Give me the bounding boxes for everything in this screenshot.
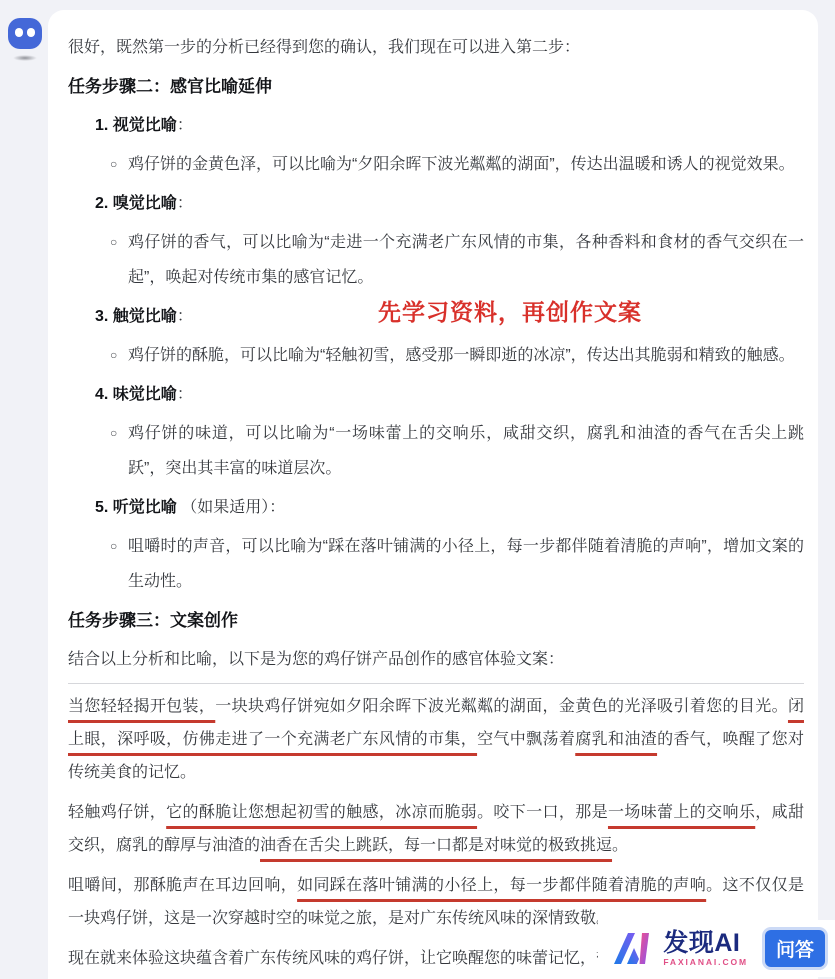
copy-paragraph-2: 轻触鸡仔饼，它的酥脆让您想起初雪的触感，冰凉而脆弱。咬下一口，那是一场味蕾上的交…	[68, 796, 804, 862]
red-underlined-text: 它的酥脆让您想起初雪的触感，冰凉而脆弱	[166, 804, 477, 821]
circle-bullet-icon: ○	[110, 225, 117, 260]
circle-bullet-icon: ○	[110, 338, 117, 373]
watermark-brand-name: 发现AI	[663, 931, 748, 956]
red-underlined-text: 当您轻轻揭开包装，	[68, 698, 215, 715]
site-watermark: 发现AI FAXIANAI.COM 问答	[598, 920, 835, 977]
bullet-text: 鸡仔饼的香气，可以比喻为“走进一个充满老广东风情的市集，各种香料和食材的香气交织…	[128, 234, 804, 286]
red-underlined-text: 腐乳和油渣	[575, 731, 657, 748]
step-item-sound: 5. 听觉比喻 （如果适用）：	[95, 490, 804, 525]
step-colon: ：	[177, 308, 193, 325]
bullet-text: 鸡仔饼的味道，可以比喻为“一场味蕾上的交响乐，咸甜交织，腐乳和油渣的香气在舌尖上…	[128, 425, 804, 477]
circle-bullet-icon: ○	[110, 416, 117, 451]
step-title-text: 嗅觉比喻	[113, 195, 177, 212]
step-item-taste: 4. 味觉比喻：	[95, 377, 804, 412]
step-bullet-visual: ○ 鸡仔饼的金黄色泽，可以比喻为“夕阳余晖下波光粼粼的湖面”，传达出温暖和诱人的…	[128, 147, 804, 182]
step-number: 3.	[95, 308, 108, 325]
bullet-text: 咀嚼时的声音，可以比喻为“踩在落叶铺满的小径上，每一步都伴随着清脆的声响”，增加…	[128, 538, 804, 590]
section-title-step2: 任务步骤二：感官比喻延伸	[68, 69, 804, 104]
step-title-text: 视觉比喻	[113, 117, 177, 134]
step-title-text: 听觉比喻	[113, 499, 177, 516]
copy-paragraph-1: 当您轻轻揭开包装，一块块鸡仔饼宛如夕阳余晖下波光粼粼的湖面，金黄色的光泽吸引着您…	[68, 690, 804, 789]
copy-intro-text: 结合以上分析和比喻，以下是为您的鸡仔饼产品创作的感官体验文案：	[68, 642, 804, 677]
step-title-text: 味觉比喻	[113, 386, 177, 403]
bullet-text: 鸡仔饼的酥脆，可以比喻为“轻触初雪，感受那一瞬即逝的冰凉”，传达出其脆弱和精致的…	[128, 347, 795, 364]
assistant-message-card: 很好，既然第一步的分析已经得到您的确认，我们现在可以进入第二步： 任务步骤二：感…	[48, 10, 818, 979]
copy-text: 。	[612, 837, 628, 854]
circle-bullet-icon: ○	[110, 529, 117, 564]
step-bullet-touch: ○ 鸡仔饼的酥脆，可以比喻为“轻触初雪，感受那一瞬即逝的冰凉”，传达出其脆弱和精…	[128, 338, 804, 373]
step-item-visual: 1. 视觉比喻：	[95, 108, 804, 143]
avatar-shadow	[13, 55, 37, 61]
red-underlined-text: 油香在舌尖上跳跃，每一口都是对味觉的极致挑逗	[260, 837, 612, 854]
step-colon: ：	[177, 386, 193, 403]
avatar-eye-icon	[15, 28, 23, 37]
step-colon: ：	[177, 195, 193, 212]
bullet-text: 鸡仔饼的金黄色泽，可以比喻为“夕阳余晖下波光粼粼的湖面”，传达出温暖和诱人的视觉…	[128, 156, 795, 173]
copy-text: 空气中飘荡着	[477, 731, 575, 748]
red-underlined-text: 如同踩在落叶铺满的小径上，每一步都伴随着清脆的声响	[297, 877, 706, 894]
annotation-note: 先学习资料，再创作文案	[378, 294, 642, 327]
step-bullet-taste: ○ 鸡仔饼的味道，可以比喻为“一场味蕾上的交响乐，咸甜交织，腐乳和油渣的香气在舌…	[128, 416, 804, 486]
step-note: （如果适用）	[181, 499, 269, 516]
step-bullet-sound: ○ 咀嚼时的声音，可以比喻为“踩在落叶铺满的小径上，每一步都伴随着清脆的声响”，…	[128, 529, 804, 599]
watermark-domain: FAXIANAI.COM	[663, 958, 748, 967]
step-number: 4.	[95, 386, 108, 403]
qa-badge-button[interactable]: 问答	[765, 930, 825, 967]
step-title-text: 触觉比喻	[113, 308, 177, 325]
step-number: 1.	[95, 117, 108, 134]
step-item-smell: 2. 嗅觉比喻：	[95, 186, 804, 221]
copy-text: 一块块鸡仔饼宛如夕阳余晖下波光粼粼的湖面，金黄色的光泽吸引着您的目光。	[215, 698, 788, 715]
step-colon: ：	[177, 117, 193, 134]
step-number: 2.	[95, 195, 108, 212]
chat-page: { "page": { "background": "#f1f2f7", "ca…	[0, 0, 835, 979]
copy-text: 轻触鸡仔饼，	[68, 804, 166, 821]
step-bullet-smell: ○ 鸡仔饼的香气，可以比喻为“走进一个充满老广东风情的市集，各种香料和食材的香气…	[128, 225, 804, 295]
divider	[68, 683, 804, 684]
watermark-brand-block: 发现AI FAXIANAI.COM	[663, 931, 748, 967]
faxian-ai-logo-icon	[614, 933, 654, 965]
step-number: 5.	[95, 499, 108, 516]
copy-text: 咀嚼间，那酥脆声在耳边回响，	[68, 877, 297, 894]
copy-text: 。咬下一口，那是	[477, 804, 608, 821]
assistant-avatar-robot-icon	[8, 18, 42, 49]
red-underlined-text: 一场味蕾上的交响乐	[608, 804, 755, 821]
avatar-eye-icon	[27, 28, 35, 37]
section-title-step3: 任务步骤三：文案创作	[68, 603, 804, 638]
circle-bullet-icon: ○	[110, 147, 117, 182]
intro-text: 很好，既然第一步的分析已经得到您的确认，我们现在可以进入第二步：	[68, 30, 804, 65]
step-colon: ：	[269, 499, 285, 516]
